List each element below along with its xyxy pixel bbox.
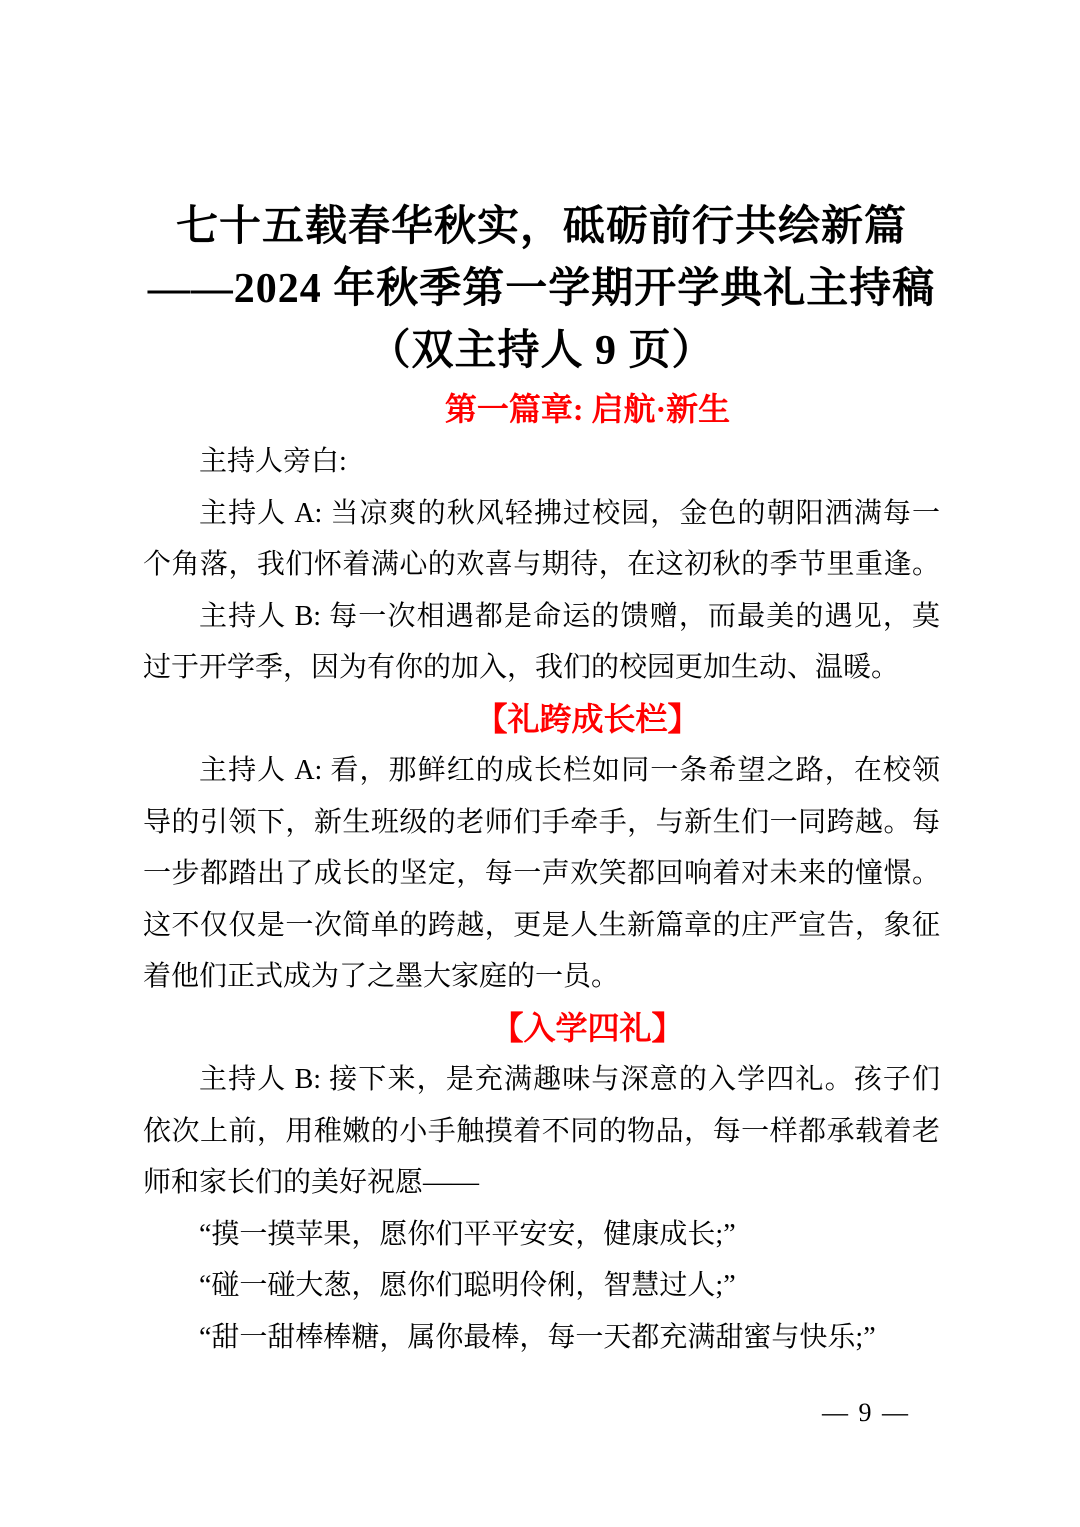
section-heading-rituals: 【入学四礼】 xyxy=(143,1003,940,1055)
section-rituals-line: 依次上前，用稚嫩的小手触摸着不同的物品，每一样都承载着老 xyxy=(143,1106,940,1158)
page-number: — 9 — xyxy=(822,1398,910,1428)
blessing-quote: “甜一甜棒棒糖，属你最棒，每一天都充满甜蜜与快乐;” xyxy=(143,1312,940,1364)
section-rituals-line: 主持人 B: 接下来，是充满趣味与深意的入学四礼。孩子们 xyxy=(143,1054,940,1106)
chapter-heading: 第一篇章: 启航·新生 xyxy=(143,382,940,436)
section-growth-line: 着他们正式成为了之墨大家庭的一员。 xyxy=(143,951,940,1003)
section-growth-line: 导的引领下，新生班级的老师们手牵手，与新生们一同跨越。每 xyxy=(143,797,940,849)
host-b-opening-line: 过于开学季，因为有你的加入，我们的校园更加生动、温暖。 xyxy=(143,642,940,694)
section-rituals-line: 师和家长们的美好祝愿—— xyxy=(143,1157,940,1209)
host-a-opening-line: 个角落，我们怀着满心的欢喜与期待，在这初秋的季节里重逢。 xyxy=(143,539,940,591)
script-text: 主持人旁白: 主持人 A: 当凉爽的秋风轻拂过校园，金色的朝阳洒满每一 个角落，… xyxy=(143,436,940,1363)
section-growth-line: 一步都踏出了成长的坚定，每一声欢笑都回响着对未来的憧憬。 xyxy=(143,848,940,900)
blessing-quote: “摸一摸苹果，愿你们平平安安，健康成长;” xyxy=(143,1209,940,1261)
doc-title-line-1: 七十五载春华秋实，砥砺前行共绘新篇 xyxy=(143,196,940,258)
blessing-quote: “碰一碰大葱，愿你们聪明伶俐，智慧过人;” xyxy=(143,1260,940,1312)
host-a-opening-line: 主持人 A: 当凉爽的秋风轻拂过校园，金色的朝阳洒满每一 xyxy=(143,488,940,540)
section-growth-line: 主持人 A: 看，那鲜红的成长栏如同一条希望之路，在校领 xyxy=(143,745,940,797)
host-b-opening-line: 主持人 B: 每一次相遇都是命运的馈赠，而最美的遇见，莫 xyxy=(143,591,940,643)
document-page: 七十五载春华秋实，砥砺前行共绘新篇 ——2024 年秋季第一学期开学典礼主持稿 … xyxy=(0,0,1080,1527)
narration-label: 主持人旁白: xyxy=(143,436,940,488)
section-growth-line: 这不仅仅是一次简单的跨越，更是人生新篇章的庄严宣告，象征 xyxy=(143,900,940,952)
document-body: 七十五载春华秋实，砥砺前行共绘新篇 ——2024 年秋季第一学期开学典礼主持稿 … xyxy=(143,196,940,1363)
section-heading-growth: 【礼跨成长栏】 xyxy=(143,694,940,746)
doc-title-line-2: ——2024 年秋季第一学期开学典礼主持稿 xyxy=(143,258,940,320)
doc-title-line-3: （双主持人 9 页） xyxy=(143,320,940,382)
